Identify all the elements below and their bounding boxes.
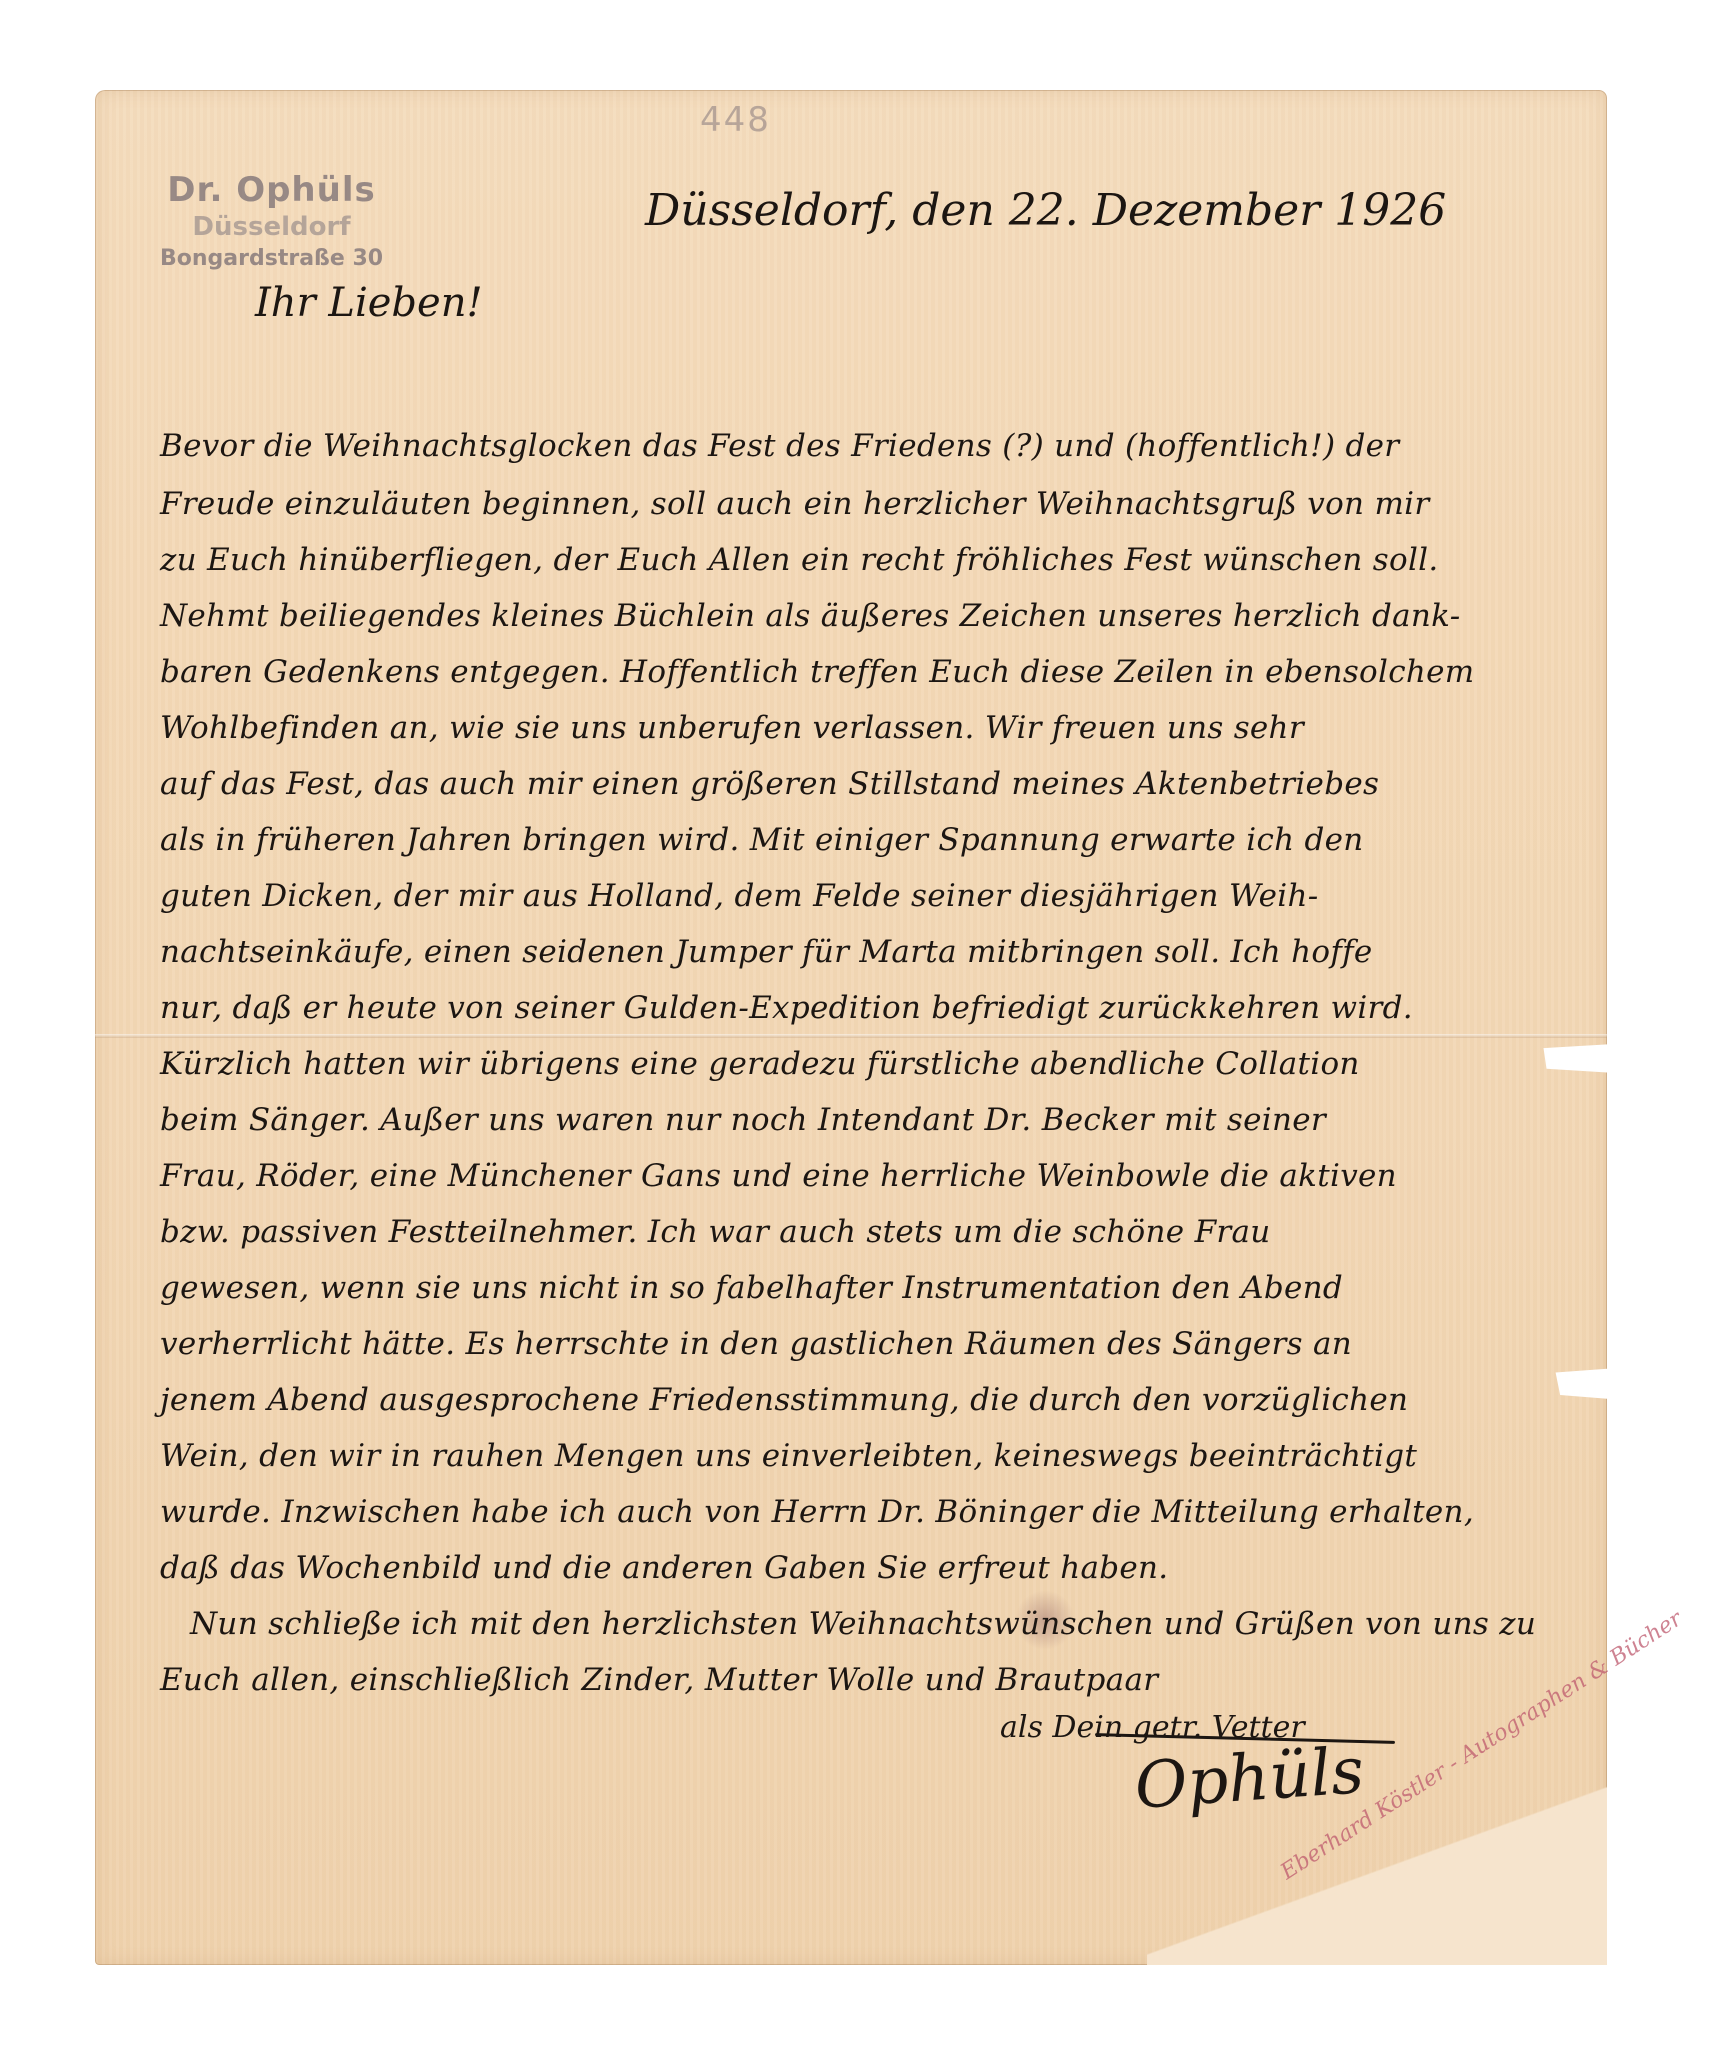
- archive-number: 448: [700, 100, 771, 140]
- body-line: Nehmt beiliegendes kleines Büchlein als …: [160, 598, 1461, 634]
- body-line: jenem Abend ausgesprochene Friedensstimm…: [160, 1382, 1408, 1418]
- place-date: Düsseldorf, den 22. Dezember 1926: [645, 185, 1446, 236]
- body-line: verherrlicht hätte. Es herrschte in den …: [160, 1326, 1352, 1362]
- stamp-city: Düsseldorf: [160, 212, 383, 242]
- paper-fold-crease: [95, 1034, 1607, 1038]
- body-line: Wein, den wir in rauhen Mengen uns einve…: [160, 1438, 1417, 1474]
- body-line: bzw. passiven Festteilnehmer. Ich war au…: [160, 1214, 1271, 1250]
- stamp-name: Dr. Ophüls: [160, 170, 383, 210]
- body-line: guten Dicken, der mir aus Holland, dem F…: [160, 878, 1319, 914]
- body-line: baren Gedenkens entgegen. Hoffentlich tr…: [160, 654, 1474, 690]
- letterhead-stamp: Dr. Ophüls Düsseldorf Bongardstraße 30: [160, 170, 383, 271]
- body-line: nachtseinkäufe, einen seidenen Jumper fü…: [160, 934, 1373, 970]
- body-line: wurde. Inzwischen habe ich auch von Herr…: [160, 1494, 1474, 1530]
- body-line: nur, daß er heute von seiner Gulden-Expe…: [160, 990, 1413, 1026]
- body-line: beim Sänger. Außer uns waren nur noch In…: [160, 1102, 1326, 1138]
- letter-sheet: 448 Dr. Ophüls Düsseldorf Bongardstraße …: [95, 90, 1607, 1965]
- body-line: als in früheren Jahren bringen wird. Mit…: [160, 822, 1364, 858]
- body-line: Nun schließe ich mit den herzlichsten We…: [190, 1606, 1536, 1642]
- body-line: daß das Wochenbild und die anderen Gaben…: [160, 1550, 1168, 1586]
- body-line: Freude einzuläuten beginnen, soll auch e…: [160, 486, 1430, 522]
- stamp-address: Bongardstraße 30: [160, 246, 383, 271]
- body-line: Wohlbefinden an, wie sie uns unberufen v…: [160, 710, 1304, 746]
- body-line: Euch allen, einschließlich Zinder, Mutte…: [160, 1662, 1158, 1698]
- body-line: Bevor die Weihnachtsglocken das Fest des…: [160, 428, 1399, 464]
- salutation: Ihr Lieben!: [255, 280, 483, 326]
- body-line: zu Euch hinüberfliegen, der Euch Allen e…: [160, 542, 1439, 578]
- body-line: auf das Fest, das auch mir einen größere…: [160, 766, 1379, 802]
- body-line: Frau, Röder, eine Münchener Gans und ein…: [160, 1158, 1397, 1194]
- body-line: gewesen, wenn sie uns nicht in so fabelh…: [160, 1270, 1343, 1306]
- body-line: Kürzlich hatten wir übrigens eine gerade…: [160, 1046, 1360, 1082]
